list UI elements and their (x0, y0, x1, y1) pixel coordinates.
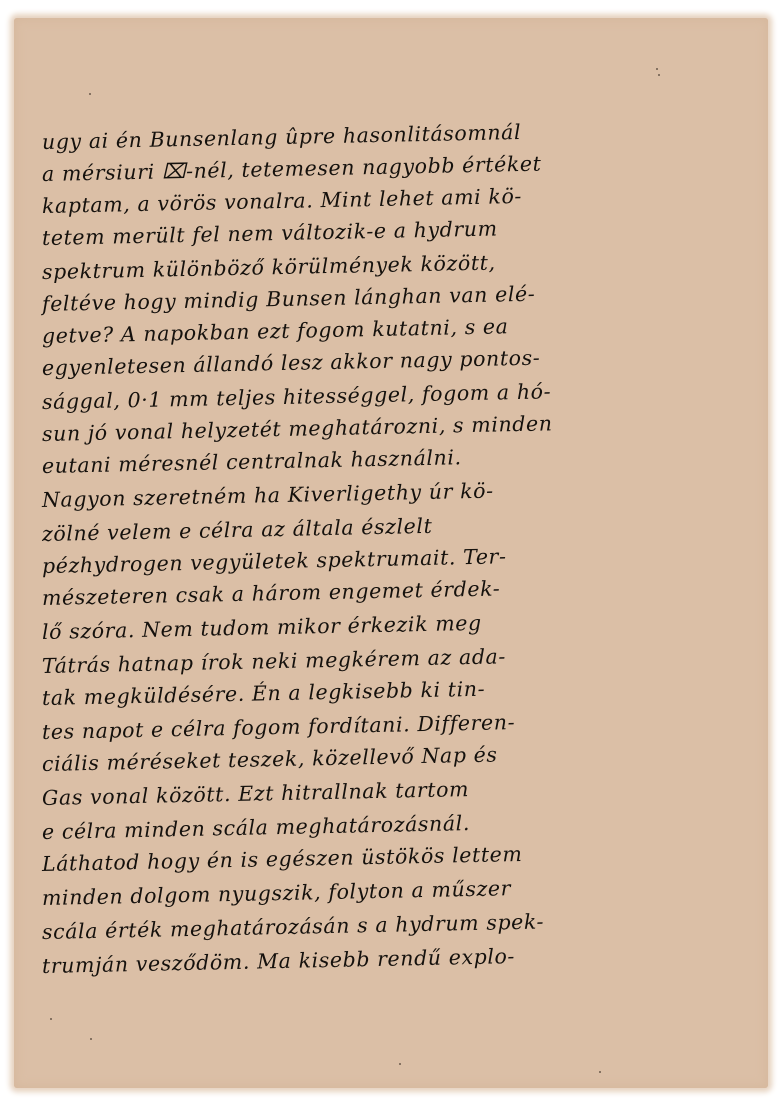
text-line: kaptam, a vörös vonalra. Mint lehet ami … (42, 184, 522, 218)
text-line: Tátrás hatnap írok neki megkérem az ada- (42, 644, 506, 678)
text-line: a mérsiuri ⌧-nél, tetemesen nagyobb érté… (42, 152, 542, 186)
text-line: ciális méréseket teszek, közellevő Nap é… (42, 742, 498, 776)
text-line: feltéve hogy mindig Bunsen lánghan van e… (42, 282, 536, 316)
ink-speck (658, 74, 660, 76)
text-line: pézhydrogen vegyületek spektrumait. Ter- (42, 544, 507, 578)
text-line: trumján vesződöm. Ma kisebb rendű explo- (42, 944, 515, 978)
ink-speck (656, 68, 658, 70)
text-line: tes napot e célra fogom fordítani. Diffe… (42, 710, 516, 744)
text-line: getve? A napokban ezt fogom kutatni, s e… (42, 314, 509, 348)
letter-page: ugy ai én Bunsenlang ûpre hasonlitásomná… (14, 18, 768, 1088)
text-line: mészeteren csak a három engemet érdek- (42, 576, 501, 610)
ink-speck (50, 1018, 52, 1020)
text-line: spektrum különböző körülmények között, (42, 251, 496, 284)
text-line: Láthatod hogy én is egészen üstökös lett… (42, 842, 523, 876)
text-line: sun jó vonal helyzetét meghatározni, s m… (42, 411, 553, 446)
text-line: tetem merült fel nem változik-e a hydrum (42, 216, 498, 250)
text-line: tak megküldésére. Én a legkisebb ki tin- (42, 677, 486, 710)
ink-speck (599, 1071, 601, 1073)
text-line: minden dolgom nyugszik, folyton a műszer (42, 876, 511, 910)
ink-speck (89, 93, 91, 95)
text-line: egyenletesen állandó lesz akkor nagy pon… (42, 346, 541, 380)
text-line: lő szóra. Nem tudom mikor érkezik meg (42, 611, 482, 644)
text-line: Nagyon szeretném ha Kiverligethy úr kö- (42, 479, 494, 512)
text-line: ugy ai én Bunsenlang ûpre hasonlitásomná… (42, 120, 522, 154)
ink-speck (90, 1038, 92, 1040)
text-line: scála érték meghatározásán s a hydrum sp… (42, 909, 545, 944)
ink-speck (399, 1063, 401, 1065)
text-line: eutani méresnél centralnak használni. (42, 445, 462, 478)
text-line: zölné velem e célra az általa észlelt (42, 514, 433, 546)
text-line: e célra minden scála meghatározásnál. (42, 811, 470, 844)
text-line: Gas vonal között. Ezt hitrallnak tartom (42, 777, 470, 810)
text-line: sággal, 0·1 mm teljes hitességgel, fogom… (42, 379, 552, 414)
